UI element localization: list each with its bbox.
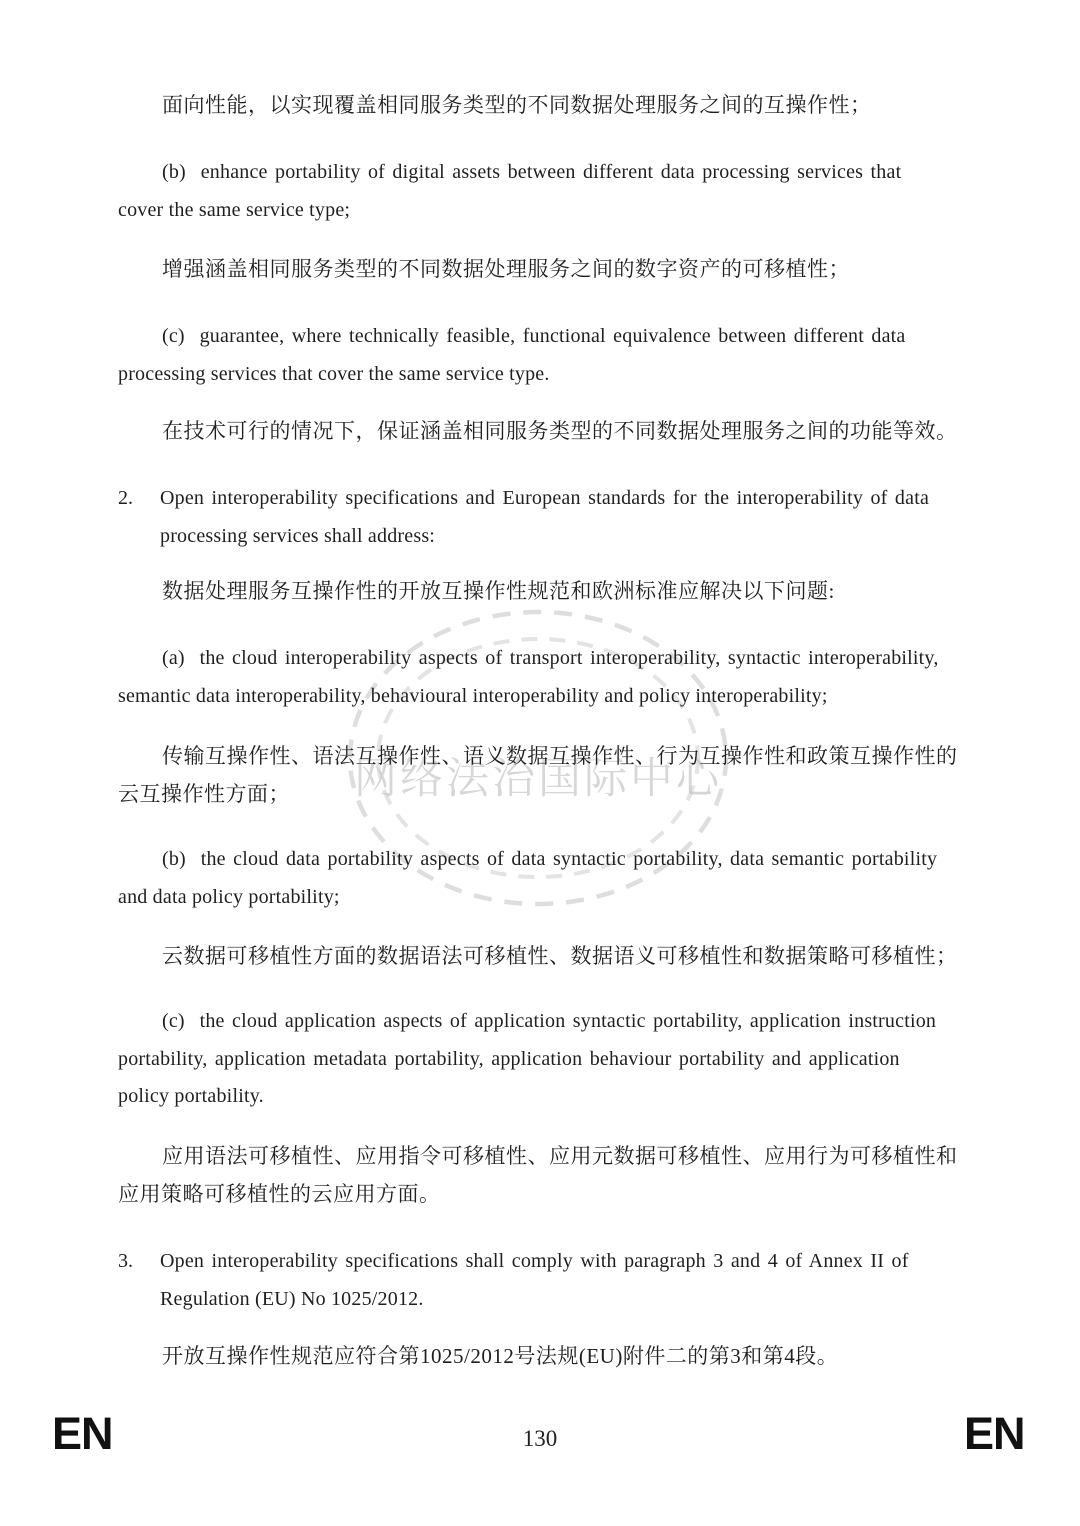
text-line: Open interoperability specifications and…: [160, 480, 1060, 518]
text-line: 面向性能，以实现覆盖相同服务类型的不同数据处理服务之间的互操作性；: [118, 87, 1018, 125]
text-line: 云互操作性方面；: [118, 776, 1018, 814]
text-line: Regulation (EU) No 1025/2012.: [160, 1281, 1060, 1319]
paragraph-zh: 传输互操作性、语法互操作性、语义数据互操作性、行为互操作性和政策互操作性的 云互…: [118, 738, 1018, 813]
text-line: processing services that cover the same …: [118, 356, 1018, 394]
text-line: 传输互操作性、语法互操作性、语义数据互操作性、行为互操作性和政策互操作性的: [118, 738, 1018, 776]
text-line: 应用策略可移植性的云应用方面。: [118, 1176, 1018, 1214]
text-line: (c) the cloud application aspects of app…: [118, 1003, 1018, 1041]
paragraph-zh: 在技术可行的情况下，保证涵盖相同服务类型的不同数据处理服务之间的功能等效。: [118, 413, 1018, 451]
text-line: 开放互操作性规范应符合第1025/2012号法规(EU)附件二的第3和第4段。: [118, 1338, 1018, 1376]
document-page: 网络法治国际中心 面向性能，以实现覆盖相同服务类型的不同数据处理服务之间的互操作…: [0, 0, 1080, 1526]
paragraph-b: (b) enhance portability of digital asset…: [118, 154, 1018, 229]
text-line: cover the same service type;: [118, 192, 1018, 230]
text-line: portability, application metadata portab…: [118, 1041, 1018, 1079]
text-line: (a) the cloud interoperability aspects o…: [118, 640, 1018, 678]
text-line: policy portability.: [118, 1078, 1018, 1116]
text-line: 在技术可行的情况下，保证涵盖相同服务类型的不同数据处理服务之间的功能等效。: [118, 413, 1018, 451]
numbered-item-3: 3. Open interoperability specifications …: [160, 1243, 1060, 1318]
text-line: (b) the cloud data portability aspects o…: [118, 841, 1018, 879]
page-number: 130: [0, 1426, 1080, 1452]
paragraph-b2: (b) the cloud data portability aspects o…: [118, 841, 1018, 916]
text-line: Open interoperability specifications sha…: [160, 1243, 1060, 1281]
paragraph-zh: 数据处理服务互操作性的开放互操作性规范和欧洲标准应解决以下问题:: [118, 573, 1018, 611]
list-number: 3.: [118, 1243, 133, 1281]
paragraph-zh: 面向性能，以实现覆盖相同服务类型的不同数据处理服务之间的互操作性；: [118, 87, 1018, 125]
numbered-item-2: 2. Open interoperability specifications …: [160, 480, 1060, 555]
text-line: 增强涵盖相同服务类型的不同数据处理服务之间的数字资产的可移植性；: [118, 251, 1018, 289]
paragraph-zh: 云数据可移植性方面的数据语法可移植性、数据语义可移植性和数据策略可移植性；: [118, 938, 1018, 976]
text-line: 云数据可移植性方面的数据语法可移植性、数据语义可移植性和数据策略可移植性；: [118, 938, 1018, 976]
paragraph-a: (a) the cloud interoperability aspects o…: [118, 640, 1018, 715]
text-line: and data policy portability;: [118, 879, 1018, 917]
paragraph-c2: (c) the cloud application aspects of app…: [118, 1003, 1018, 1116]
paragraph-zh: 增强涵盖相同服务类型的不同数据处理服务之间的数字资产的可移植性；: [118, 251, 1018, 289]
text-line: semantic data interoperability, behaviou…: [118, 678, 1018, 716]
text-line: processing services shall address:: [160, 518, 1060, 556]
text-line: (c) guarantee, where technically feasibl…: [118, 318, 1018, 356]
text-line: 数据处理服务互操作性的开放互操作性规范和欧洲标准应解决以下问题:: [118, 573, 1018, 611]
text-line: (b) enhance portability of digital asset…: [118, 154, 1018, 192]
footer-language-right: EN: [964, 1411, 1025, 1456]
list-number: 2.: [118, 480, 133, 518]
paragraph-c: (c) guarantee, where technically feasibl…: [118, 318, 1018, 393]
paragraph-zh: 开放互操作性规范应符合第1025/2012号法规(EU)附件二的第3和第4段。: [118, 1338, 1018, 1376]
paragraph-zh: 应用语法可移植性、应用指令可移植性、应用元数据可移植性、应用行为可移植性和 应用…: [118, 1138, 1018, 1213]
text-line: 应用语法可移植性、应用指令可移植性、应用元数据可移植性、应用行为可移植性和: [118, 1138, 1018, 1176]
